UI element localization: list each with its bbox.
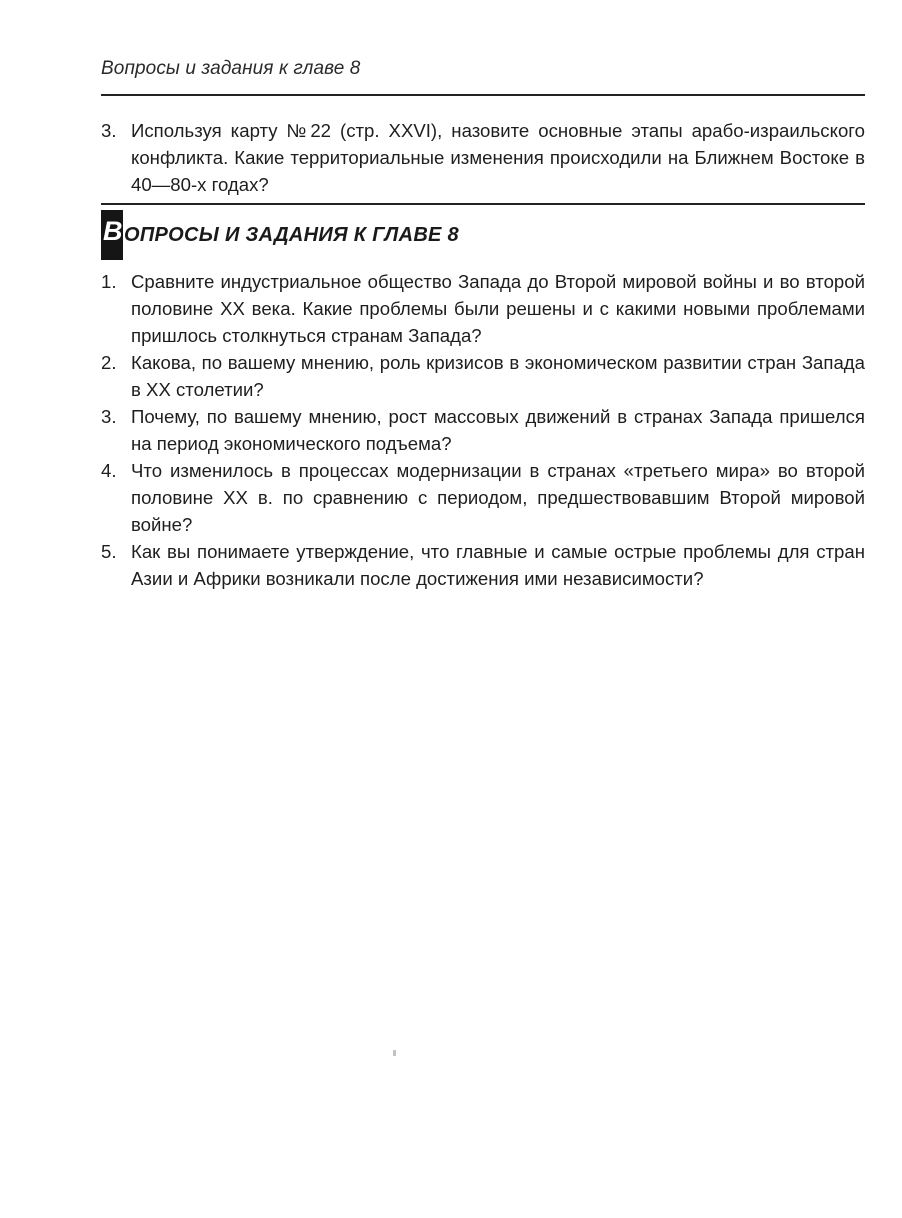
question-text: Сравните индустриальное общество Запада … bbox=[131, 271, 865, 346]
question-number: 3. bbox=[101, 403, 117, 430]
question-number: 1. bbox=[101, 268, 117, 295]
question-text: Какова, по вашему мнению, роль кризисов … bbox=[131, 352, 865, 400]
question-text: Используя карту №22 (стр. XXVI), назовит… bbox=[131, 120, 865, 195]
question-number: 5. bbox=[101, 538, 117, 565]
question-list: 1. Сравните индустриальное общество Запа… bbox=[101, 268, 865, 592]
question-text: Почему, по вашему мнению, рост массовых … bbox=[131, 406, 865, 454]
question-number: 4. bbox=[101, 457, 117, 484]
question-item: 5. Как вы понимаете утверждение, что гла… bbox=[101, 538, 865, 592]
section-title: ОПРОСЫ И ЗАДАНИЯ К ГЛАВЕ 8 bbox=[124, 224, 459, 247]
question-text: Что изменилось в процессах модернизации … bbox=[131, 460, 865, 535]
question-item: 2. Какова, по вашему мнению, роль кризис… bbox=[101, 349, 865, 403]
question-item: 3. Почему, по вашему мнению, рост массов… bbox=[101, 403, 865, 457]
question-item: 3. Используя карту №22 (стр. XXVI), назо… bbox=[101, 117, 865, 198]
question-number: 3. bbox=[101, 117, 117, 144]
question-number: 2. bbox=[101, 349, 117, 376]
question-item: 1. Сравните индустриальное общество Запа… bbox=[101, 268, 865, 349]
top-rule bbox=[101, 94, 865, 96]
question-item: 4. Что изменилось в процессах модернизац… bbox=[101, 457, 865, 538]
running-head: Вопросы и задания к главе 8 bbox=[101, 58, 360, 80]
section-rule bbox=[101, 203, 865, 205]
scan-speck bbox=[393, 1050, 396, 1056]
heading-initial: В bbox=[103, 216, 123, 247]
question-text: Как вы понимаете утверждение, что главны… bbox=[131, 541, 865, 589]
previous-question-list: 3. Используя карту №22 (стр. XXVI), назо… bbox=[101, 117, 865, 198]
